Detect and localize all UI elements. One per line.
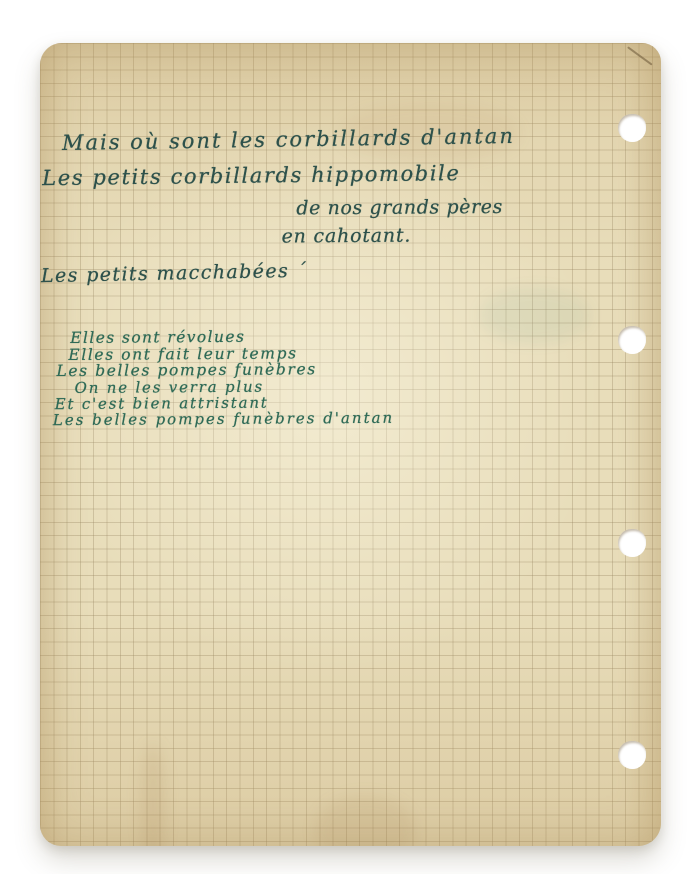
- handwritten-line-11: Les belles pompes funèbres d'antan: [53, 409, 394, 429]
- handwritten-line-3: de nos grands pères: [296, 196, 503, 219]
- handwritten-line-2: Les petits corbillards hippomobile: [42, 161, 461, 190]
- handwritten-poem: Mais où sont les corbillards d'antan Les…: [40, 43, 661, 846]
- handwritten-line-1: Mais où sont les corbillards d'antan: [62, 124, 515, 155]
- manuscript-page: Mais où sont les corbillards d'antan Les…: [40, 43, 661, 846]
- handwritten-line-4: en cahotant.: [281, 225, 411, 248]
- handwritten-line-8: Les belles pompes funèbres: [56, 360, 316, 380]
- photo-background: Mais où sont les corbillards d'antan Les…: [0, 0, 700, 874]
- handwritten-line-5: Les petits macchabées ´: [41, 260, 308, 288]
